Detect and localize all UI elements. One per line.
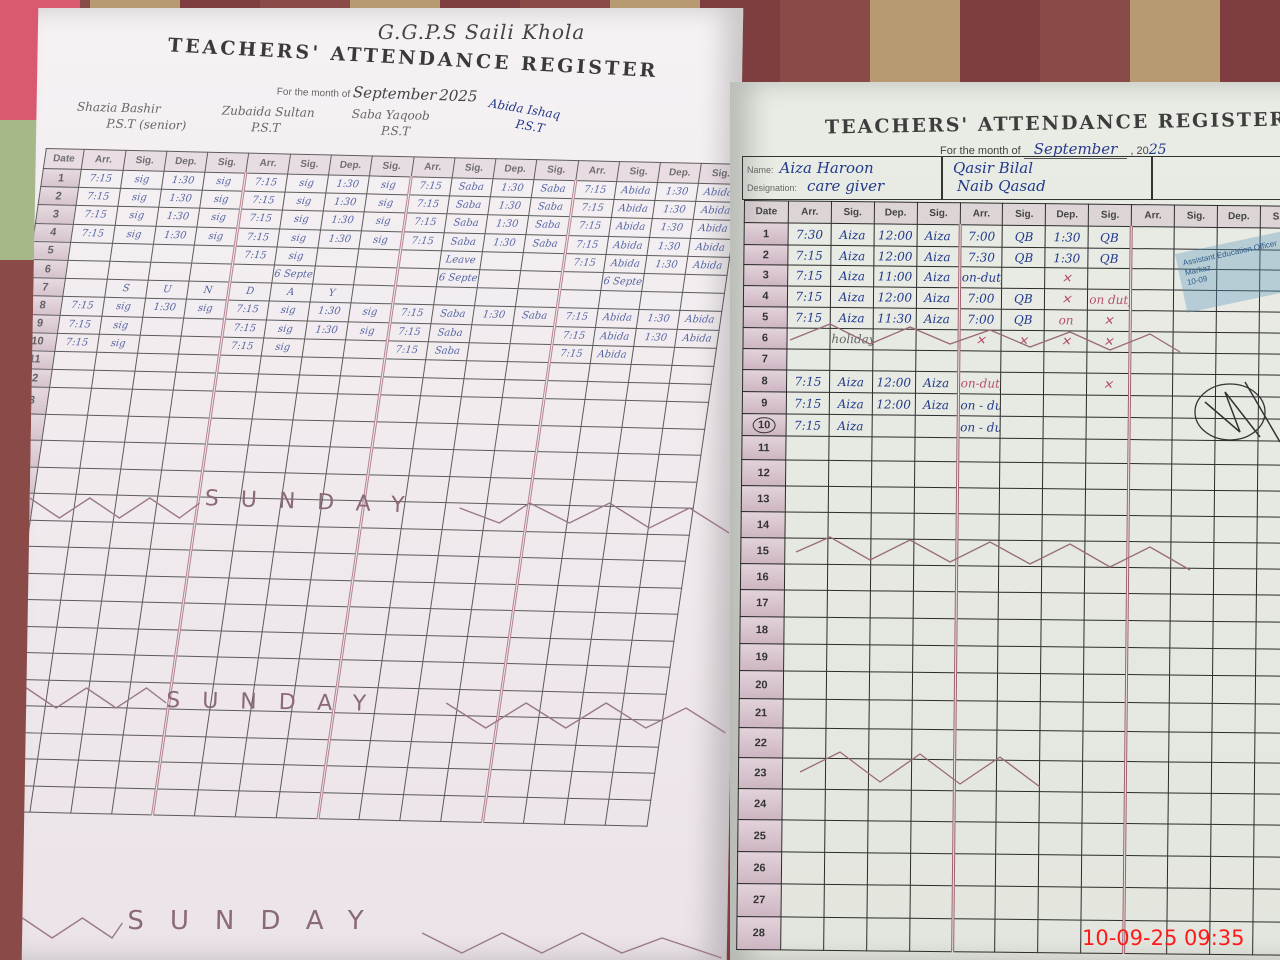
register-right-page: TEACHERS' ATTENDANCE REGISTER For the mo… (730, 82, 1280, 960)
register-left-page: G.G.P.S Saili Khola TEACHERS' ATTENDANCE… (22, 8, 744, 960)
photo-timestamp: 10-09-25 09:35 (1082, 926, 1245, 950)
sunday-zigzag-right (730, 82, 1280, 960)
sunday-zigzag-left (22, 8, 739, 960)
